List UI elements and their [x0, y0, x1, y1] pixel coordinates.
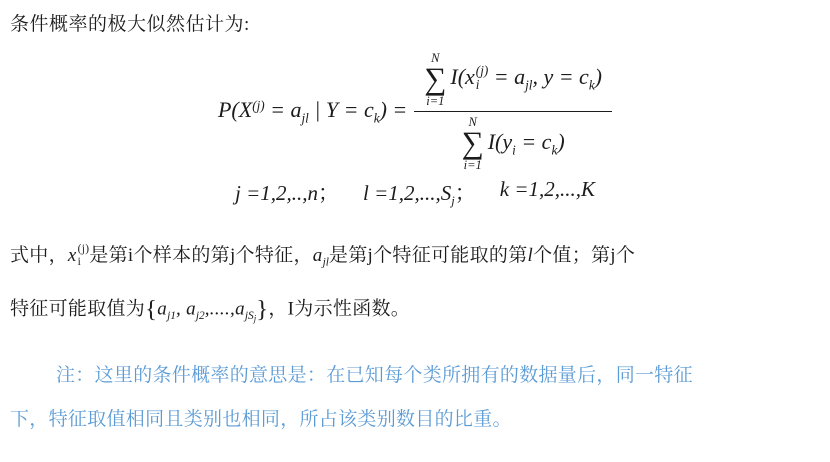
document-page: 条件概率的极大似然估计为: P(X(j) = ajl | Y = ck) = N…	[0, 0, 830, 462]
note-line-1: 注：这里的条件概率的意思是：在已知每个类所拥有的数据量后，同一特征	[10, 354, 820, 398]
a-subscript-jS-text: jS	[245, 310, 254, 322]
num-run: , y = c	[532, 64, 588, 89]
index-range-k: k =1,2,...,K	[500, 177, 595, 209]
note-block: 注：这里的条件概率的意思是：在已知每个类所拥有的数据量后，同一特征 下，特征取值…	[10, 354, 820, 441]
cn-text: 式中，	[10, 245, 68, 266]
formula-conditional-probability-mle: P(X(j) = ajl | Y = ck) = N ∑ i=1 I(x(j)i…	[10, 50, 820, 174]
cn-text: 是第i个样本的第j个特征，	[89, 245, 312, 266]
numerator-expression: I(x(j)i = ajl, y = ck)	[450, 64, 602, 94]
a-subscript-j2: j2	[196, 310, 205, 322]
fraction-denominator: N ∑ i=1 I(yi = ck)	[452, 114, 575, 173]
den-run: )	[557, 129, 564, 154]
denominator-expression: I(yi = ck)	[488, 129, 565, 158]
a-subscript-jS: jSj	[245, 310, 256, 322]
cn-text: ，I为示性函数。	[268, 298, 410, 319]
formula-index-ranges: j =1,2,..,n； l =1,2,...,Sj； k =1,2,...,K	[10, 177, 820, 209]
den-run: I(y	[488, 129, 512, 154]
index-range-k-text: k =1,2,...,K	[500, 177, 595, 201]
separator-semicolon: ；	[455, 181, 476, 205]
note-line-2: 下，特征取值相同且类别也相同，所占该类别数目的比重。	[10, 398, 820, 442]
ellipsis-dots: ,....,	[205, 298, 235, 319]
x-variable: x	[68, 245, 77, 266]
a-variable: a	[157, 298, 167, 319]
a-variable: a	[235, 298, 245, 319]
x-superscript-j: (j)	[476, 64, 488, 79]
sum-lower-limit: i=1	[464, 158, 482, 172]
lhs-superscript-j: (j)	[252, 98, 264, 113]
lhs-run: ) =	[380, 97, 408, 122]
fraction: N ∑ i=1 I(x(j)i = ajl, y = ck) N ∑ i=1 I…	[414, 50, 612, 174]
num-run: = a	[488, 64, 525, 89]
num-run: I(x	[450, 64, 474, 89]
cn-text: 个值；第j个	[533, 245, 635, 266]
index-range-l-text: l =1,2,...,S	[363, 181, 451, 205]
x-subscript-i: i	[78, 256, 81, 269]
x-sup-sub-stack: (j)i	[78, 243, 90, 269]
lhs-run: | Y = c	[309, 97, 374, 122]
x-subscript-i: i	[476, 78, 480, 93]
num-run: )	[595, 64, 602, 89]
cn-text: 特征可能取值为	[10, 298, 145, 319]
index-range-j-text: j =1,2,..,n	[235, 181, 318, 205]
index-range-j: j =1,2,..,n；	[235, 177, 339, 209]
a-variable: a	[313, 245, 323, 266]
lhs-subscript-jl: jl	[302, 110, 309, 125]
open-brace: {	[145, 296, 157, 323]
index-range-l: l =1,2,...,Sj；	[363, 177, 476, 209]
sigma-icon: ∑	[462, 129, 484, 158]
cn-text: 是第j个特征可能取的第	[329, 245, 528, 266]
sum-lower-limit: i=1	[426, 94, 444, 108]
a-subscript-j1: j1	[167, 310, 176, 322]
separator-semicolon: ；	[318, 181, 339, 205]
summation-numerator: N ∑ i=1	[424, 51, 446, 108]
summation-denominator: N ∑ i=1	[462, 115, 484, 172]
fraction-bar	[414, 111, 612, 112]
x-superscript-j: (j)	[78, 243, 90, 256]
fraction-numerator: N ∑ i=1 I(x(j)i = ajl, y = ck)	[414, 50, 612, 109]
formula-lhs: P(X(j) = ajl | Y = ck) =	[218, 97, 407, 126]
lhs-run: P(X	[218, 97, 252, 122]
a-variable: a	[186, 298, 196, 319]
comma: ,	[176, 298, 186, 319]
explanation-line-2: 特征可能取值为{aj1, aj2,....,ajSj}，I为示性函数。	[10, 280, 820, 341]
explanation-paragraph: 式中，x(j)i是第i个样本的第j个特征，ajl是第j个特征可能取的第l个值；第…	[10, 233, 820, 340]
lhs-run: = a	[265, 97, 302, 122]
intro-sentence: 条件概率的极大似然估计为:	[10, 13, 820, 38]
sigma-icon: ∑	[424, 65, 446, 94]
close-brace: }	[256, 296, 268, 323]
x-sup-sub-stack: (j)i	[476, 64, 488, 94]
explanation-line-1: 式中，x(j)i是第i个样本的第j个特征，ajl是第j个特征可能取的第l个值；第…	[10, 233, 820, 280]
den-run: = c	[516, 129, 552, 154]
